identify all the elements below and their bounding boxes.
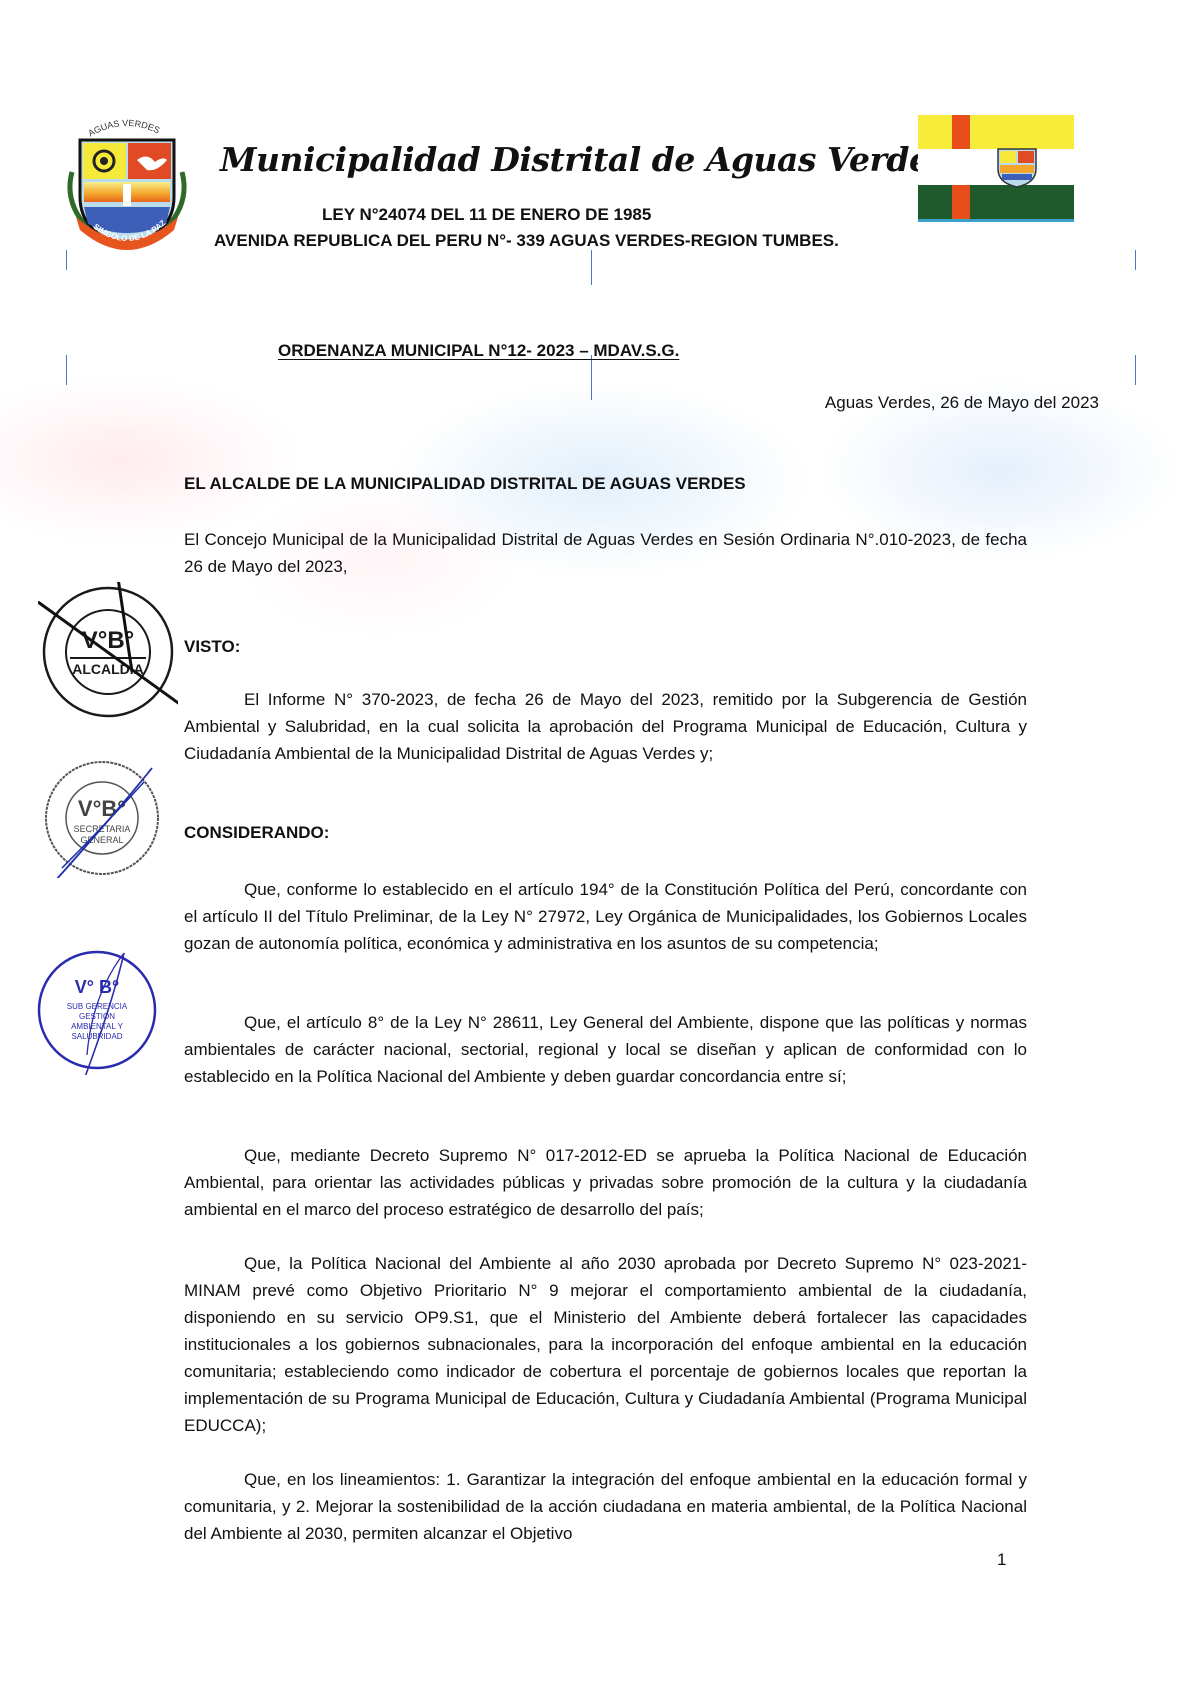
considerando-paragraph: Que, el artículo 8° de la Ley N° 28611, … — [184, 1009, 1027, 1090]
mayor-heading: EL ALCALDE DE LA MUNICIPALIDAD DISTRITAL… — [184, 474, 746, 494]
address: AVENIDA REPUBLICA DEL PERU N°- 339 AGUAS… — [214, 231, 839, 251]
scan-artifact — [1135, 250, 1136, 270]
svg-text:SECRETARIA: SECRETARIA — [74, 824, 131, 834]
institution-name: Municipalidad Distrital de Aguas Verdes — [220, 140, 948, 179]
stamp-alcaldia: V°B° ALCALDIA — [38, 582, 178, 727]
law-reference: LEY N°24074 DEL 11 DE ENERO DE 1985 — [322, 205, 651, 225]
municipal-coat-of-arms-logo: AGUAS VERDES SIMBOLO DE LA PAZ — [62, 112, 192, 252]
flag-band-green — [918, 185, 1074, 222]
document-date: Aguas Verdes, 26 de Mayo del 2023 — [825, 393, 1099, 413]
district-flag — [918, 115, 1074, 219]
considerando-paragraph: Que, mediante Decreto Supremo N° 017-201… — [184, 1142, 1027, 1223]
intro-paragraph: El Concejo Municipal de la Municipalidad… — [184, 526, 1027, 580]
scan-artifact — [66, 355, 67, 385]
flag-emblem-icon — [994, 141, 1040, 189]
stamp-secretaria-general: V°B° SECRETARIA GENERAL — [42, 758, 162, 883]
considerando-paragraph: Que, en los lineamientos: 1. Garantizar … — [184, 1466, 1027, 1547]
svg-text:AMBIENTAL Y: AMBIENTAL Y — [71, 1022, 124, 1031]
flag-stripe-red — [952, 185, 970, 219]
stamp-subgerencia-gestion-ambiental: V° B° SUB GERENCIA GESTION AMBIENTAL Y S… — [32, 945, 162, 1080]
page-number: 1 — [997, 1550, 1006, 1570]
considerando-heading: CONSIDERANDO: — [184, 823, 329, 843]
svg-text:SALUBRIDAD: SALUBRIDAD — [71, 1032, 122, 1041]
flag-stripe-red — [952, 115, 970, 149]
scan-artifact — [591, 355, 592, 400]
svg-text:AGUAS VERDES: AGUAS VERDES — [86, 118, 161, 138]
scan-artifact — [66, 250, 67, 270]
considerando-paragraph: Que, conforme lo establecido en el artíc… — [184, 876, 1027, 957]
visto-heading: VISTO: — [184, 637, 240, 657]
scan-artifact — [1135, 355, 1136, 385]
visto-paragraph: El Informe N° 370-2023, de fecha 26 de M… — [184, 686, 1027, 767]
considerando-paragraph: Que, la Política Nacional del Ambiente a… — [184, 1250, 1027, 1439]
ordinance-title: ORDENANZA MUNICIPAL N°12- 2023 – MDAV.S.… — [278, 341, 679, 361]
scan-artifact — [591, 250, 592, 285]
svg-text:GESTION: GESTION — [79, 1012, 115, 1021]
